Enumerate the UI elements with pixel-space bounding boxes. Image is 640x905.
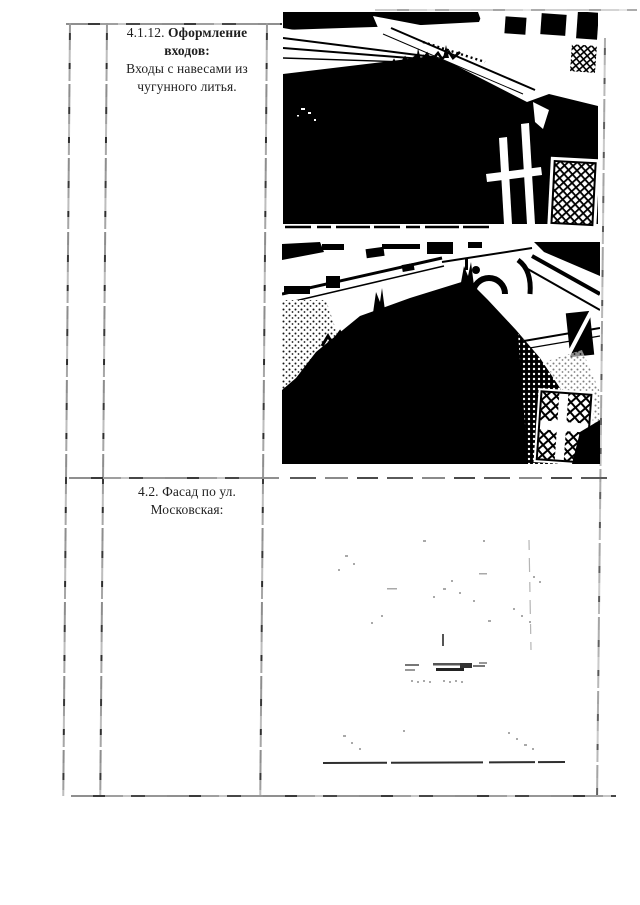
section-4112-heading-line: 4.1.12. Оформление входов:: [110, 24, 264, 59]
section-4112-body: Входы с навесами из чугунного литья.: [110, 60, 264, 95]
section-4112-number: 4.1.12.: [127, 25, 165, 40]
table-top-scan-streak: [375, 9, 637, 11]
table-column-divider-1: [99, 23, 108, 796]
table-row-divider-right: [290, 477, 613, 479]
section-4112-text-cell: 4.1.12. Оформление входов: Входы с навес…: [110, 24, 264, 95]
section-42-heading: 4.2. Фасад по ул. Московская:: [138, 484, 236, 517]
scanned-document-page: 4.1.12. Оформление входов: Входы с навес…: [0, 0, 640, 905]
table-column-divider-2: [259, 23, 268, 796]
facade-drawing-faint: [283, 480, 615, 798]
section-42-text-cell: 4.2. Фасад по ул. Московская:: [110, 483, 264, 518]
section-4112-heading: Оформление входов:: [164, 25, 247, 58]
table-row-divider-left: [69, 477, 279, 479]
table-border-left: [62, 23, 71, 796]
photo-entrance-canopy-1: [283, 12, 598, 230]
photo-entrance-canopy-2: [282, 242, 600, 464]
